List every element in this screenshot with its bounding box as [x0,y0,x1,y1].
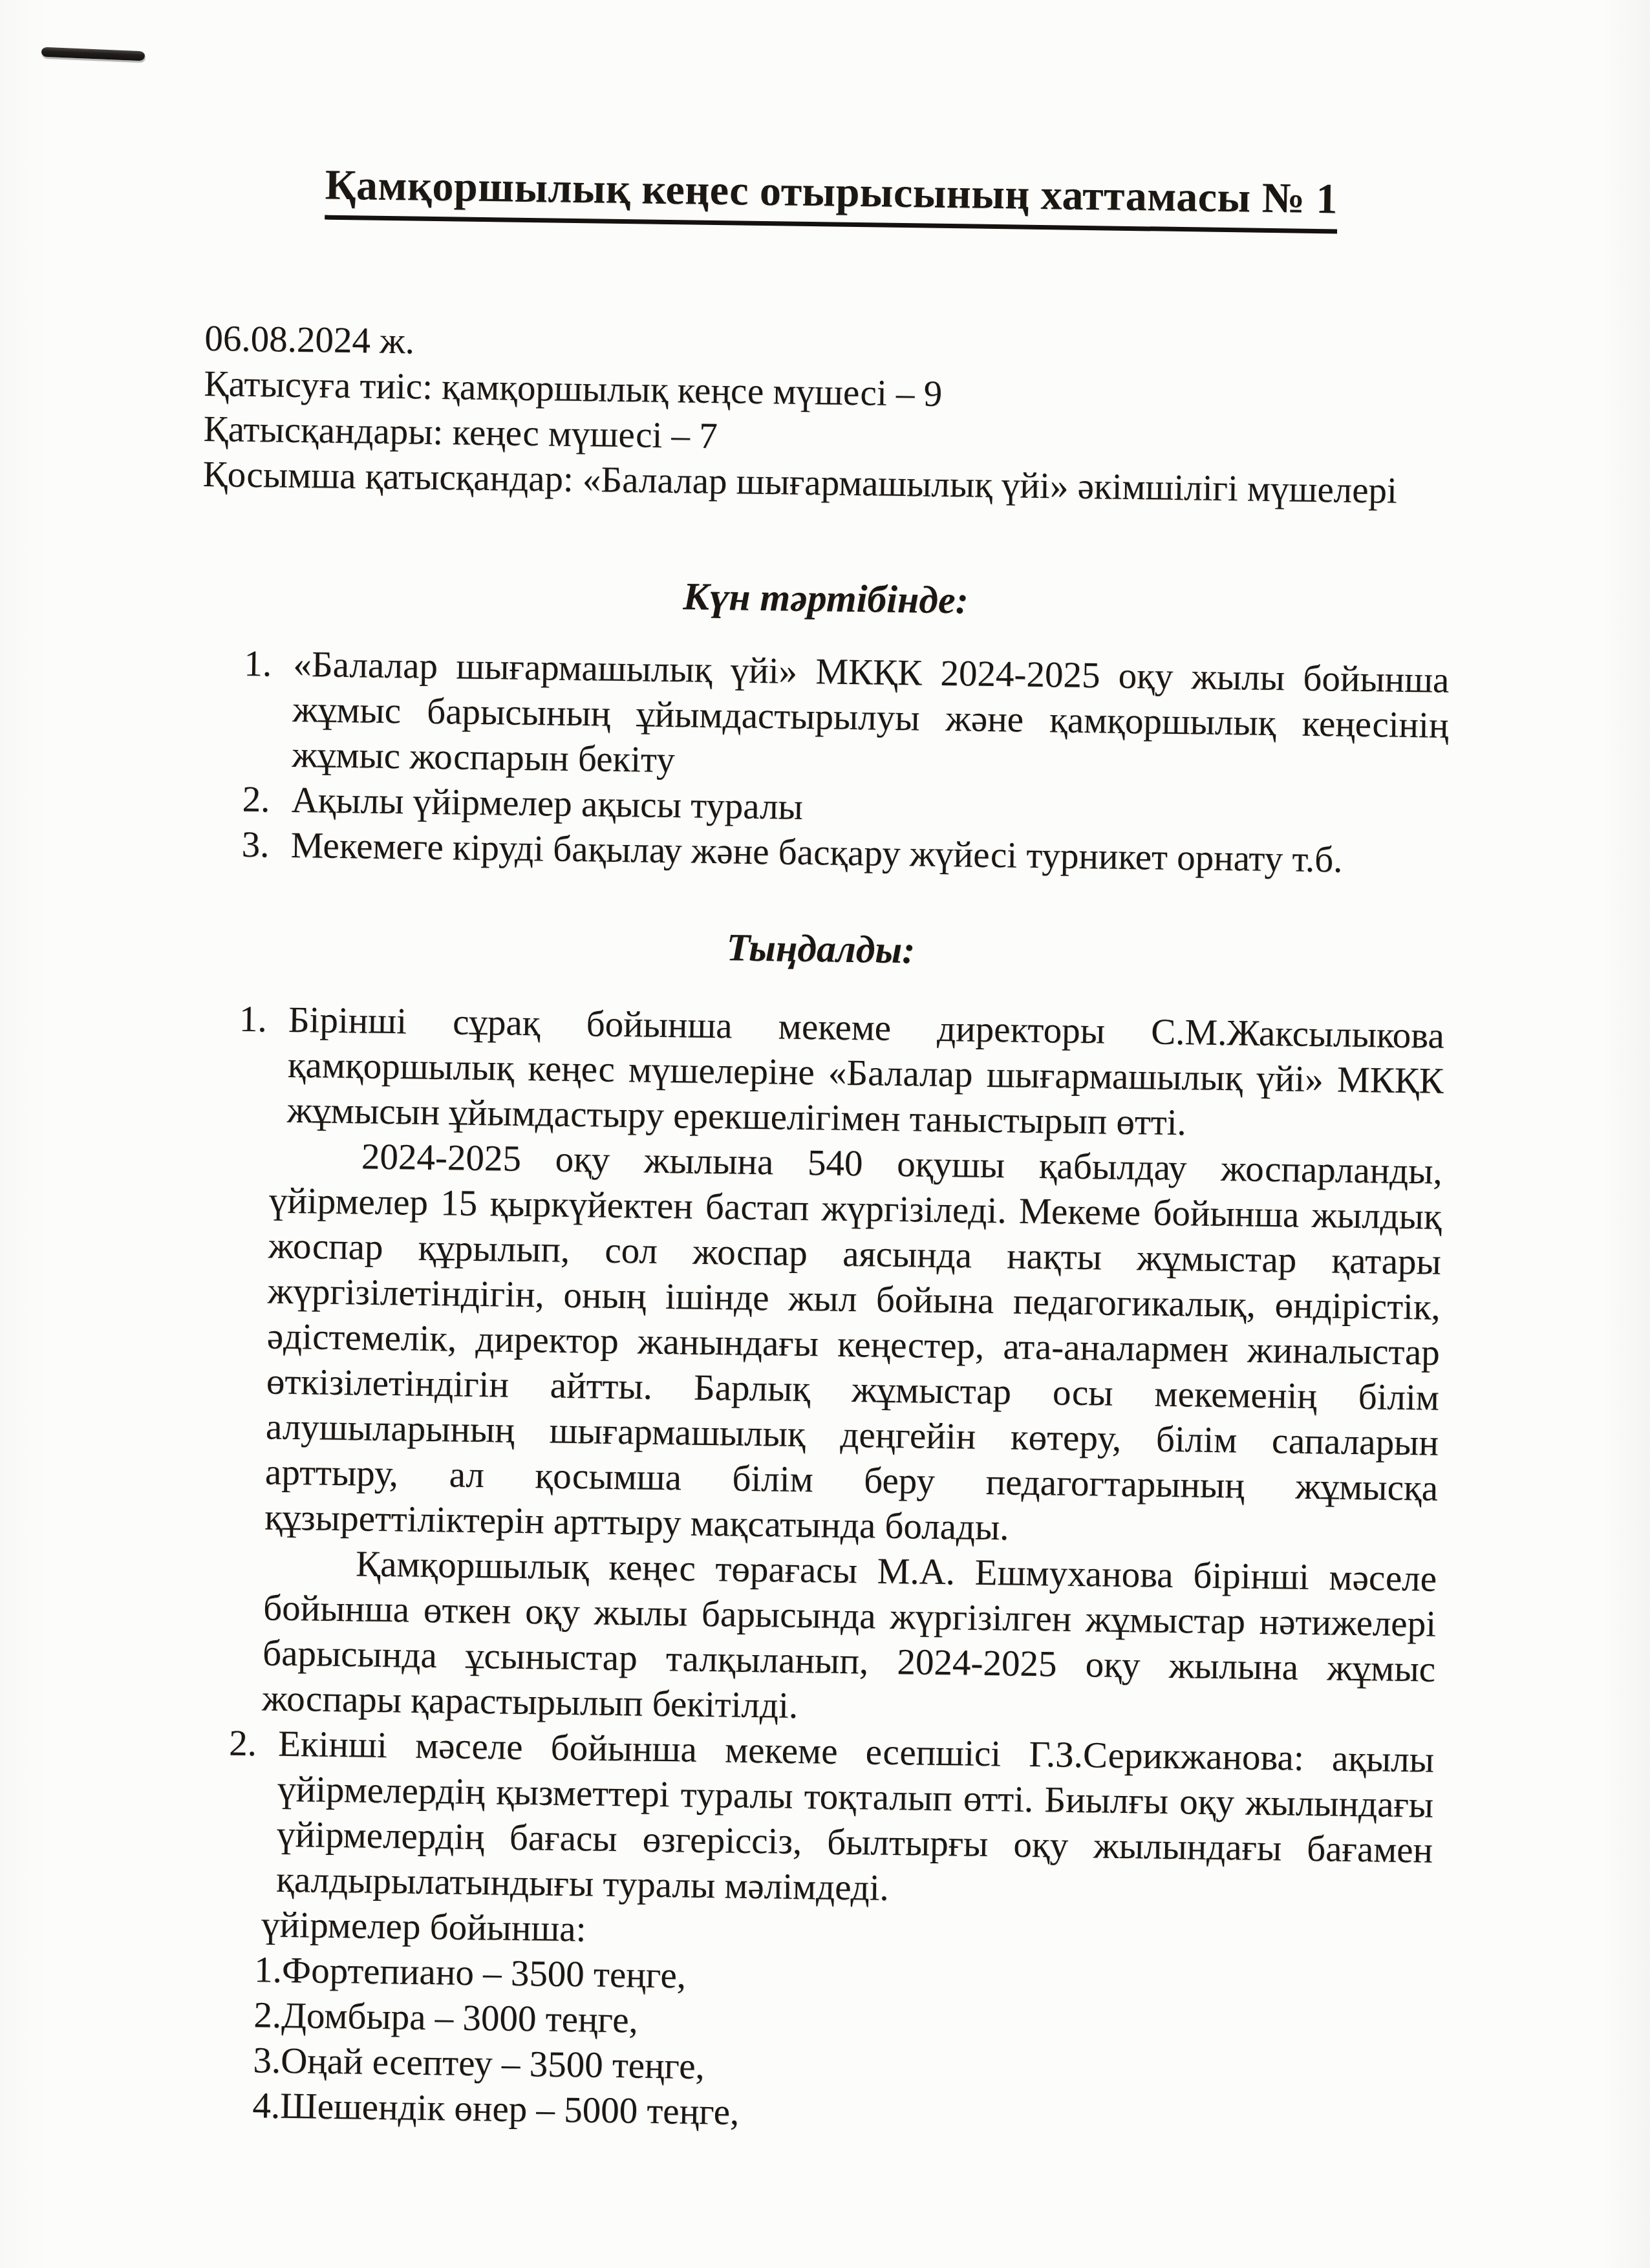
document-title-row: Қамқоршылық кеңес отырысының хаттамасы №… [206,159,1456,235]
heard-item-paragraph: 2024-2025 оқу жылына 540 оқушы қабылдау … [264,1133,1443,1557]
heard-item-2: 2. Екінші мәселе бойынша мекеме есепшісі… [227,1721,1435,1919]
heard-item-lead: Бірінші сұрақ бойынша мекеме директоры С… [286,998,1444,1150]
agenda-list: 1. «Балалар шығармашылық үйі» МКҚК 2024-… [197,641,1450,884]
scanned-document-page: Қамқоршылық кеңес отырысының хаттамасы №… [0,0,1650,2268]
meta-block: 06.08.2024 ж. Қатысуға тиіс: қамқоршылық… [202,316,1454,515]
agenda-item-number: 3. [241,822,291,868]
heard-item-paragraph: Қамқоршылық кеңес төрағасы М.А. Ешмухано… [262,1540,1437,1737]
heard-item-1: 1. Бірінші сұрақ бойынша мекеме директор… [237,997,1444,1150]
heard-block: 1. Бірінші сұрақ бойынша мекеме директор… [180,996,1444,2145]
heard-heading: Тыңдалды: [196,917,1446,980]
document-content: Қамқоршылық кеңес отырысының хаттамасы №… [0,0,1650,2148]
agenda-item-number: 1. [242,641,294,778]
heard-item-lead: Екінші мәселе бойынша мекеме есепшісі Г.… [276,1722,1435,1919]
club-price-list: 1.Фортепиано – 3500 теңге, 2.Домбыра – 3… [252,1947,1431,2145]
agenda-item-number: 2. [242,777,292,823]
heard-item-number: 2. [227,1721,279,1903]
document-title: Қамқоршылық кеңес отырысының хаттамасы №… [325,161,1338,234]
agenda-item-text: «Балалар шығармашылық үйі» МКҚК 2024-202… [292,642,1450,794]
agenda-heading: Күн тәртібінде: [201,567,1451,630]
heard-item-number: 1. [237,997,288,1133]
agenda-item: 1. «Балалар шығармашылық үйі» МКҚК 2024-… [242,641,1450,794]
